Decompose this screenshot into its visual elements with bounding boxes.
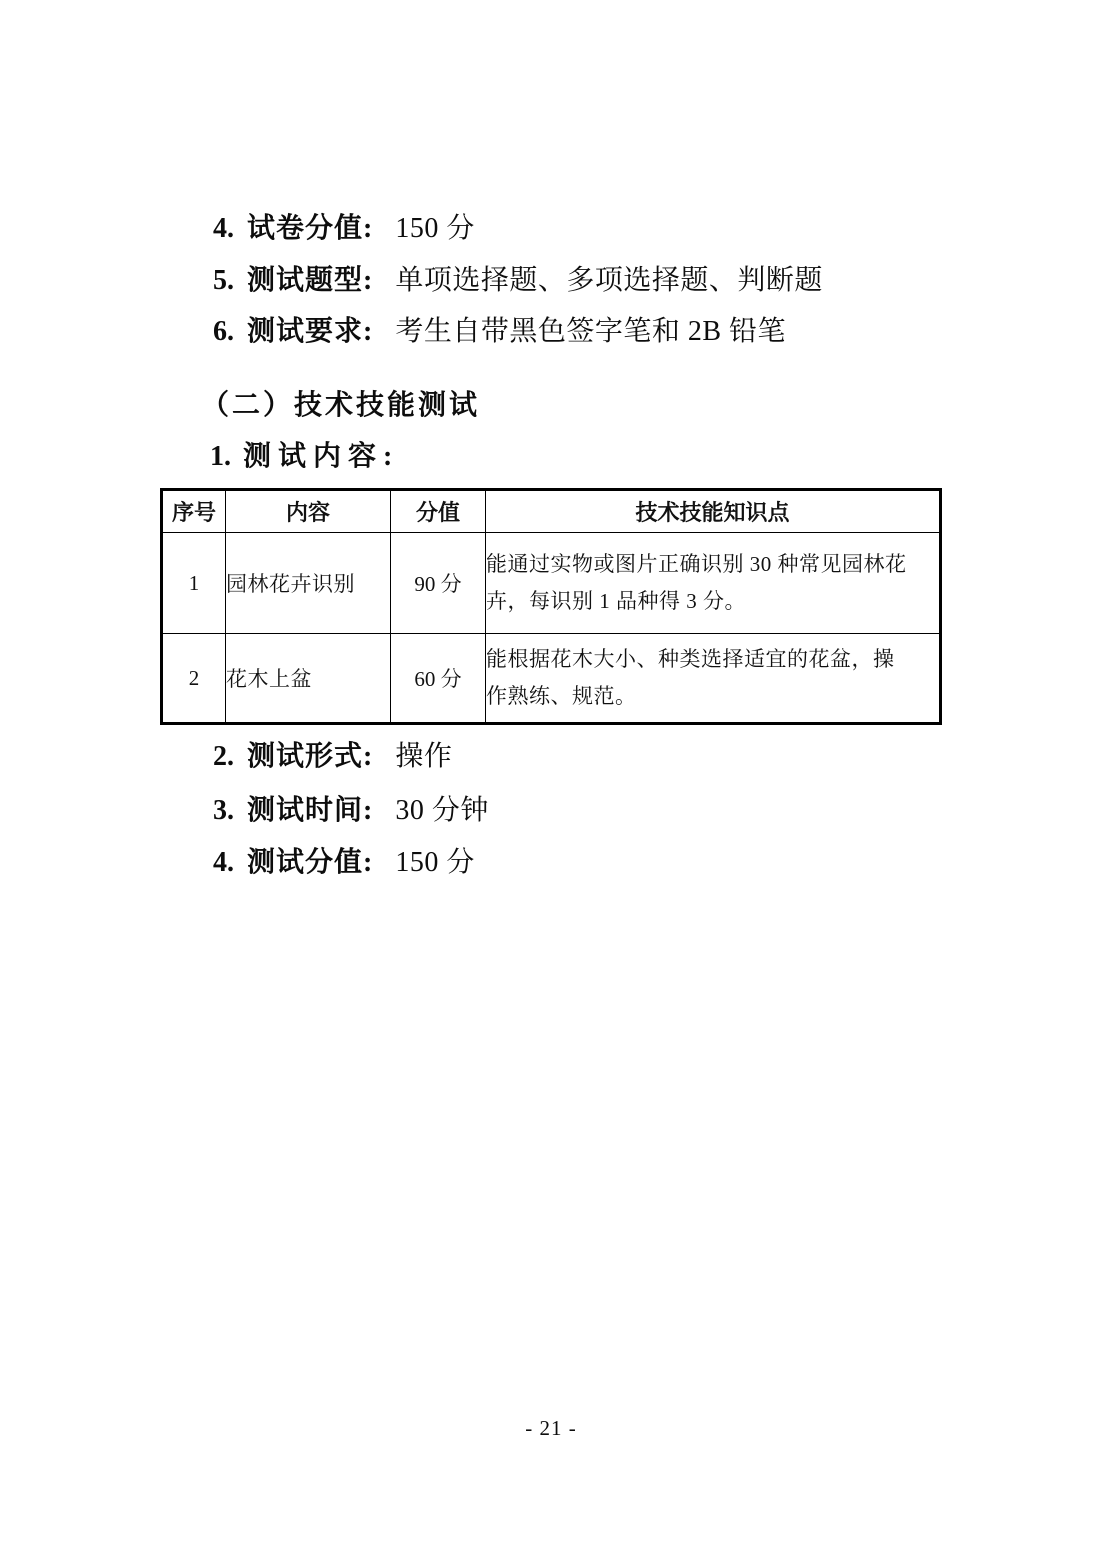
item-number: 4. xyxy=(213,213,234,244)
item-value: 150 分 xyxy=(395,213,475,244)
item-value: 操作 xyxy=(395,741,452,772)
item-value: 30 分钟 xyxy=(395,795,489,826)
table-header-row: 序号 内容 分值 技术技能知识点 xyxy=(162,490,941,533)
item-value: 单项选择题、多项选择题、判断题 xyxy=(395,265,823,296)
cell-content: 花木上盆 xyxy=(226,634,391,724)
item-value: 150 分 xyxy=(395,847,475,878)
item-label: 测试形式: xyxy=(247,741,373,772)
page-number: - 21 - xyxy=(0,1416,1102,1441)
list-item-question-types: 5.测试题型:单项选择题、多项选择题、判断题 xyxy=(213,264,823,297)
item-label: 测试内容: xyxy=(243,441,399,472)
cell-knowledge: 能通过实物或图片正确识别 30 种常见园林花 卉，每识别 1 品种得 3 分。 xyxy=(486,533,941,634)
list-item-test-score: 4.测试分值:150 分 xyxy=(213,846,475,879)
header-cell-score: 分值 xyxy=(391,490,486,533)
table-row: 2 花木上盆 60 分 能根据花木大小、种类选择适宜的花盆，操 作熟练、规范。 xyxy=(162,634,941,724)
cell-no: 2 xyxy=(162,634,226,724)
item-label: 测试题型: xyxy=(247,265,373,296)
document-page: 4.试卷分值:150 分 5.测试题型:单项选择题、多项选择题、判断题 6.测试… xyxy=(0,0,1102,1559)
item-number: 1. xyxy=(210,441,231,472)
list-item-test-time: 3.测试时间:30 分钟 xyxy=(213,794,489,827)
item-number: 2. xyxy=(213,741,234,772)
header-cell-no: 序号 xyxy=(162,490,226,533)
list-item-exam-score: 4.试卷分值:150 分 xyxy=(213,212,475,245)
cell-knowledge: 能根据花木大小、种类选择适宜的花盆，操 作熟练、规范。 xyxy=(486,634,941,724)
cell-content: 园林花卉识别 xyxy=(226,533,391,634)
item-label: 测试要求: xyxy=(247,316,373,347)
item-number: 6. xyxy=(213,316,234,347)
test-content-table: 序号 内容 分值 技术技能知识点 1 园林花卉识别 90 分 能通过实物或图片正… xyxy=(160,488,942,725)
table-row: 1 园林花卉识别 90 分 能通过实物或图片正确识别 30 种常见园林花 卉，每… xyxy=(162,533,941,634)
list-item-test-form: 2.测试形式:操作 xyxy=(213,740,452,773)
list-item-requirements: 6.测试要求:考生自带黑色签字笔和 2B 铅笔 xyxy=(213,315,786,348)
cell-score: 60 分 xyxy=(391,634,486,724)
header-cell-content: 内容 xyxy=(226,490,391,533)
item-label: 测试分值: xyxy=(247,847,373,878)
item-number: 4. xyxy=(213,847,234,878)
section-title: （二）技术技能测试 xyxy=(201,383,480,423)
item-value: 考生自带黑色签字笔和 2B 铅笔 xyxy=(395,316,786,347)
item-label: 测试时间: xyxy=(247,795,373,826)
cell-no: 1 xyxy=(162,533,226,634)
list-item-test-content: 1.测试内容: xyxy=(210,434,399,474)
header-cell-knowledge: 技术技能知识点 xyxy=(486,490,941,533)
item-number: 3. xyxy=(213,795,234,826)
item-number: 5. xyxy=(213,265,234,296)
item-label: 试卷分值: xyxy=(247,213,373,244)
cell-score: 90 分 xyxy=(391,533,486,634)
